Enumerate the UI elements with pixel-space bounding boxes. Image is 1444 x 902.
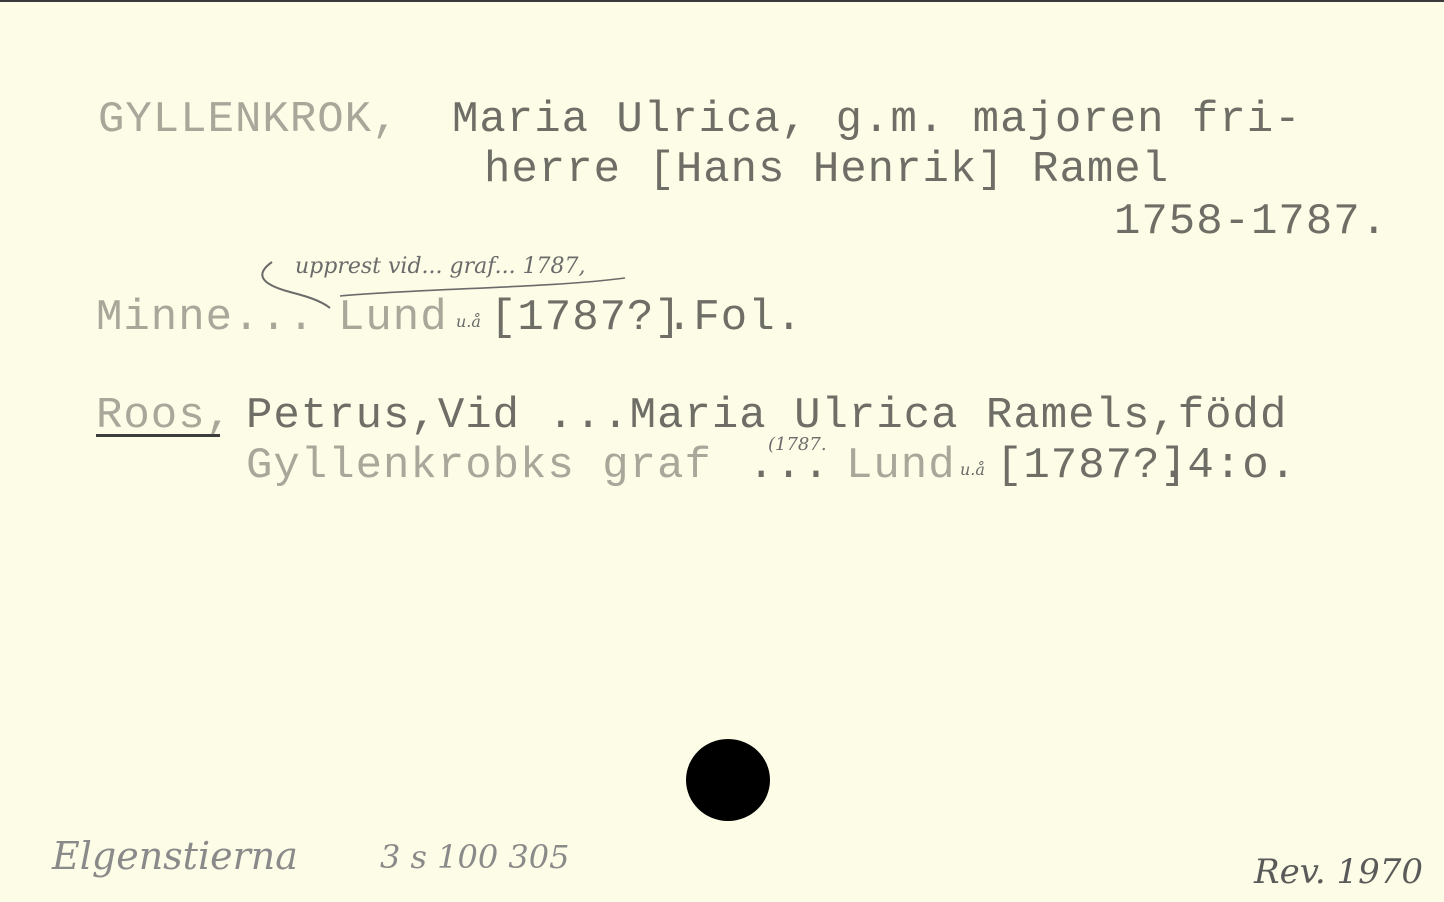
entry1-title: Minne... [96, 296, 315, 340]
entry2-place: Lund [846, 444, 956, 488]
heading-line1: Maria Ulrica, g.m. majoren fri- [452, 98, 1302, 142]
footer-revision: Rev. 1970 [1254, 852, 1423, 892]
footer-source: Elgenstierna [52, 834, 298, 878]
catalog-card: GYLLENKROK, Maria Ulrica, g.m. majoren f… [0, 0, 1444, 902]
heading-surname: GYLLENKROK, [98, 98, 399, 142]
entry1-annotation: upprest vid... graf... 1787, [295, 254, 586, 279]
author-underline [96, 434, 220, 437]
entry1-place: Lund [338, 296, 448, 340]
entry2-author: Roos, [96, 394, 233, 438]
entry1-format: .Fol. [666, 296, 803, 340]
heading-dates: 1758-1787. [1114, 200, 1388, 244]
entry2-line1: Petrus,Vid ...Maria Ulrica Ramels,född [246, 394, 1287, 438]
entry1-date: [1787?] [490, 296, 682, 340]
entry2-format: .4:o. [1160, 444, 1297, 488]
entry2-place-note: u.å [960, 460, 985, 479]
heading-line2: herre [Hans Henrik] Ramel [484, 148, 1169, 192]
entry1-place-note: u.å [456, 312, 481, 331]
entry2-dots: ... [748, 444, 830, 488]
punch-hole [686, 739, 770, 821]
footer-reference: 3 s 100 305 [380, 838, 569, 876]
entry2-line2-start: Gyllenkrobks graf [246, 444, 712, 488]
